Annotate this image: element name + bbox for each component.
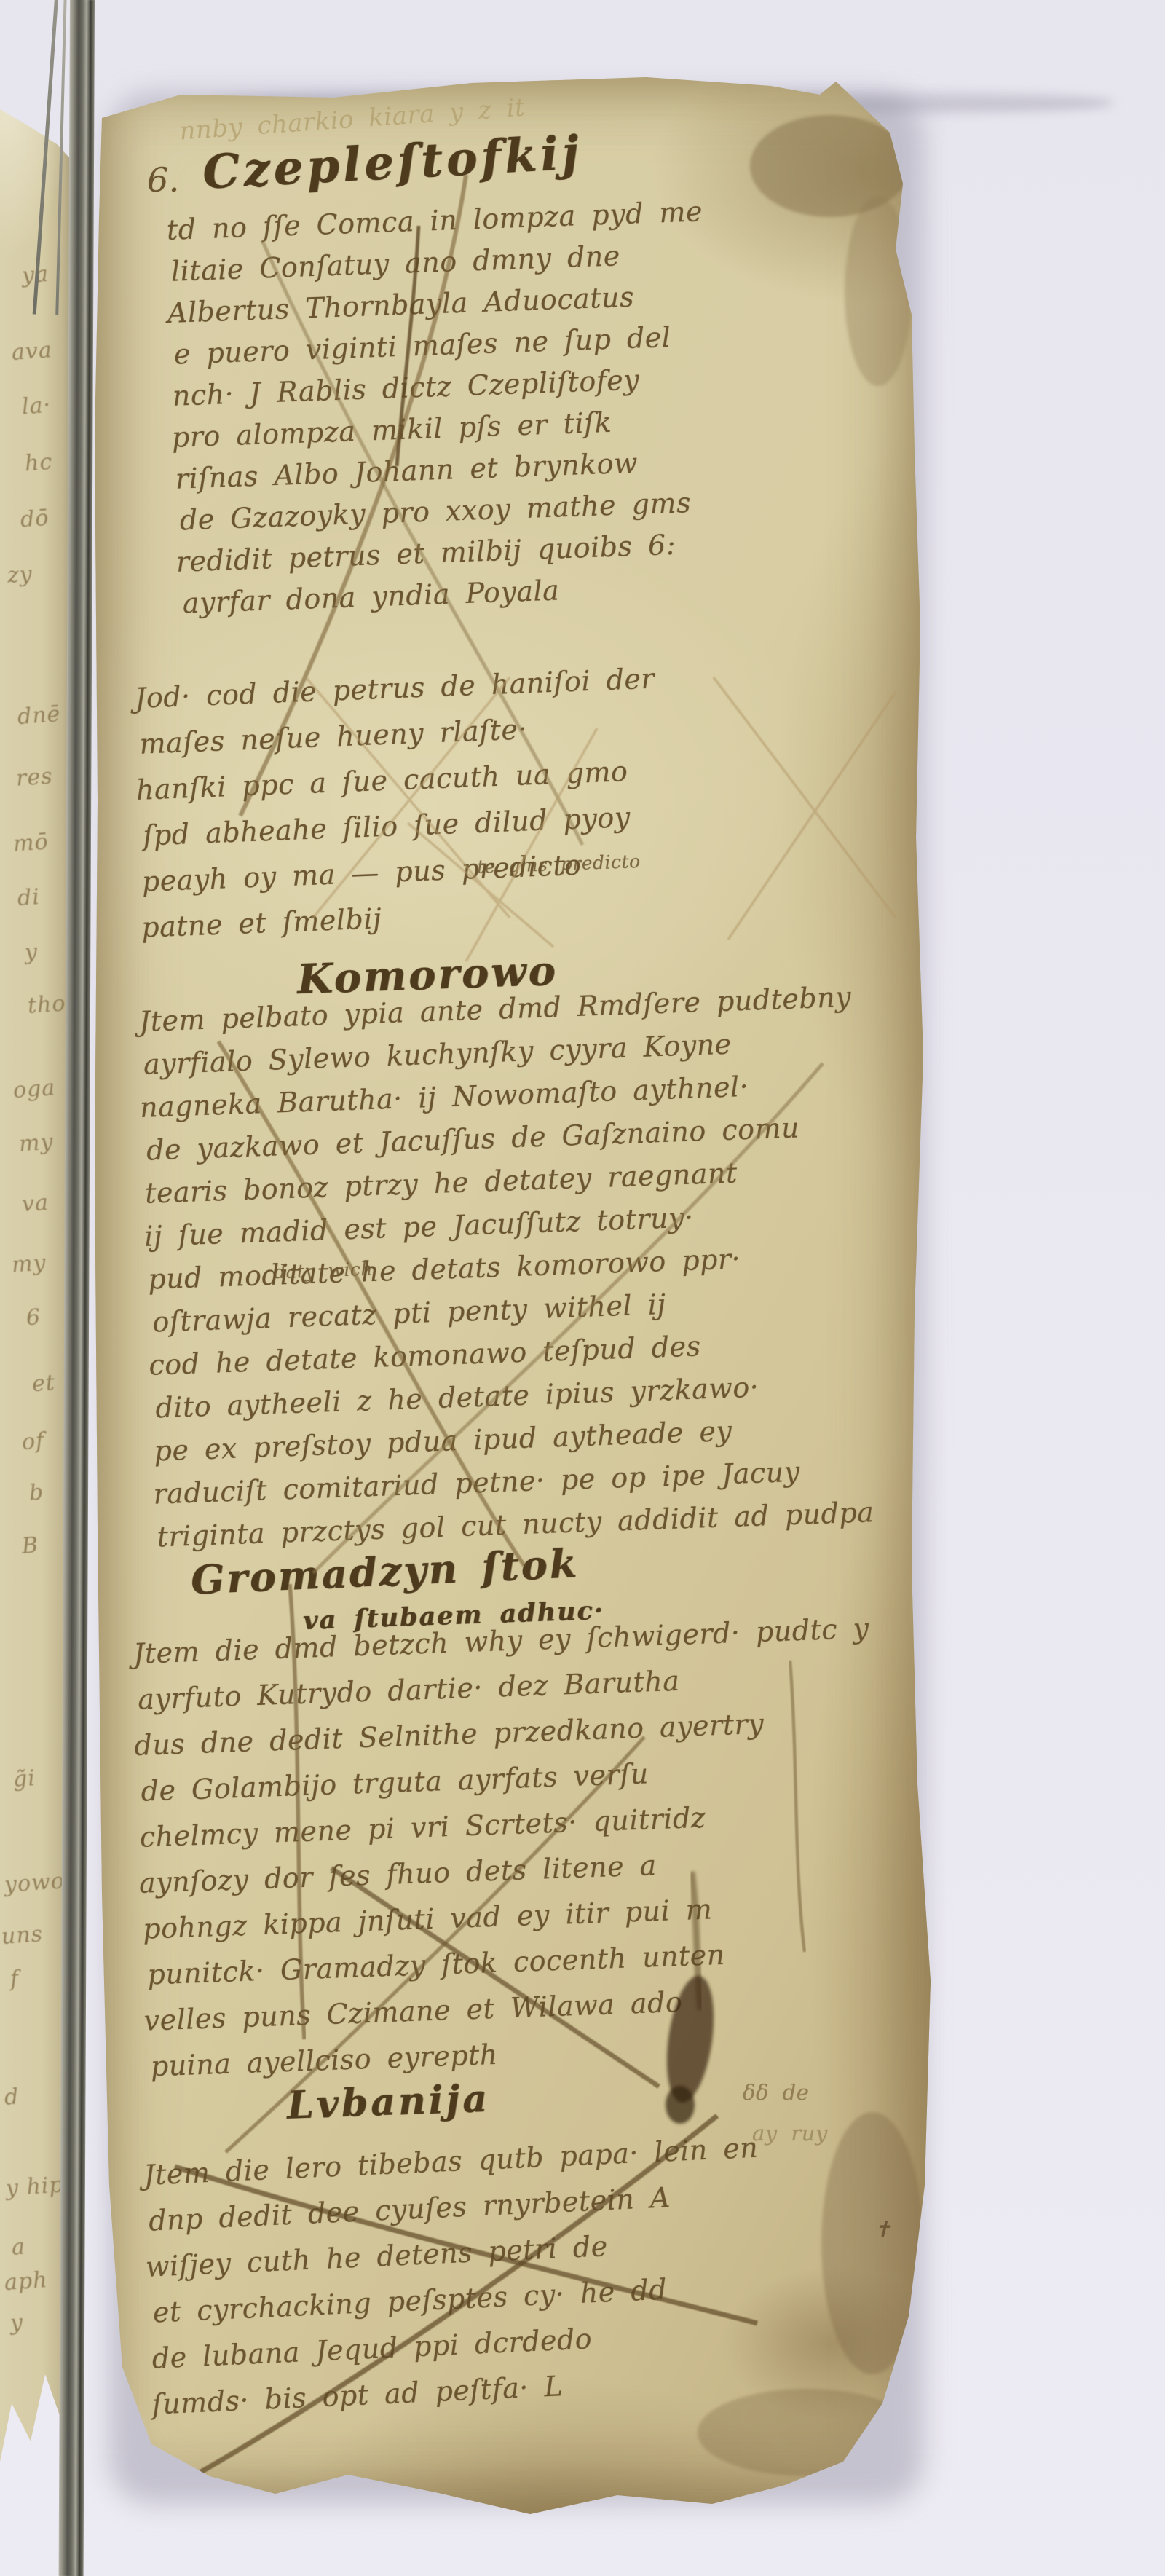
manuscript-page: nnby charkio kiara y z it 6. Czepleſtofk…: [93, 73, 932, 2514]
facing-page-text-fragment: g̃i: [12, 1765, 36, 1792]
facing-page-text-fragment: y: [24, 939, 39, 965]
facing-page-text-fragment: la·: [21, 393, 52, 420]
facing-page-text-fragment: ava: [11, 337, 53, 366]
facing-page-text-fragment: dnē: [17, 701, 62, 730]
photograph-of-manuscript: yaavala·hcdōzydnēresmōdiythoogamyvamy6et…: [0, 0, 1165, 2576]
pen-descender-stroke: [397, 226, 419, 466]
facing-page-text-fragment: a: [11, 2234, 26, 2260]
crossout-stroke: [218, 1041, 524, 1566]
facing-page-text-fragment: my: [18, 1129, 55, 1157]
facing-page-text-fragment: dō: [20, 505, 50, 533]
facing-page-text-fragment: uns: [1, 1921, 44, 1950]
facing-page-text-fragment: my: [11, 1250, 47, 1277]
crossout-stroke: [226, 1737, 644, 2152]
facing-page-text-fragment: d: [4, 2084, 20, 2110]
facing-page-text-fragment: yowo: [4, 1868, 66, 1898]
facing-page-text-fragment: of: [21, 1428, 46, 1455]
ink-stain: [660, 1973, 721, 2106]
facing-page-text-fragment: 6: [25, 1304, 42, 1331]
crossout-stroke: [331, 1868, 659, 2087]
facing-page-text-fragment: b: [28, 1479, 45, 1505]
crossout-stroke: [790, 1661, 805, 1952]
ink-stain: [666, 2086, 695, 2124]
crossout-strokes-overlay: [93, 73, 932, 2514]
facing-page-text-fragment: B: [21, 1532, 39, 1559]
faint-hatch-strokes: [306, 677, 896, 961]
facing-page-text-fragment: aph: [4, 2267, 49, 2296]
crossout-stroke: [167, 2116, 717, 2491]
facing-page-text-fragment: y: [9, 2309, 24, 2336]
facing-page-text-fragment: res: [15, 763, 54, 791]
facing-page-text-fragment: zy: [7, 562, 33, 588]
facing-page-text-fragment: hc: [24, 449, 53, 477]
facing-page-text-fragment: mō: [12, 829, 50, 856]
facing-page-text-fragment: oga: [12, 1075, 56, 1103]
crossout-stroke: [290, 1584, 304, 2039]
facing-page-text-fragment: va: [21, 1190, 50, 1217]
crossout-stroke: [262, 240, 582, 845]
facing-page-text-fragment: et: [31, 1370, 56, 1397]
crossout-stroke: [313, 1063, 823, 1573]
facing-page-text-fragment: tho: [27, 990, 67, 1019]
facing-page-text-fragment: di: [17, 884, 41, 911]
facing-page-text-fragment: y hip: [5, 2172, 65, 2201]
facing-page-text-fragment: f: [9, 1966, 20, 1993]
